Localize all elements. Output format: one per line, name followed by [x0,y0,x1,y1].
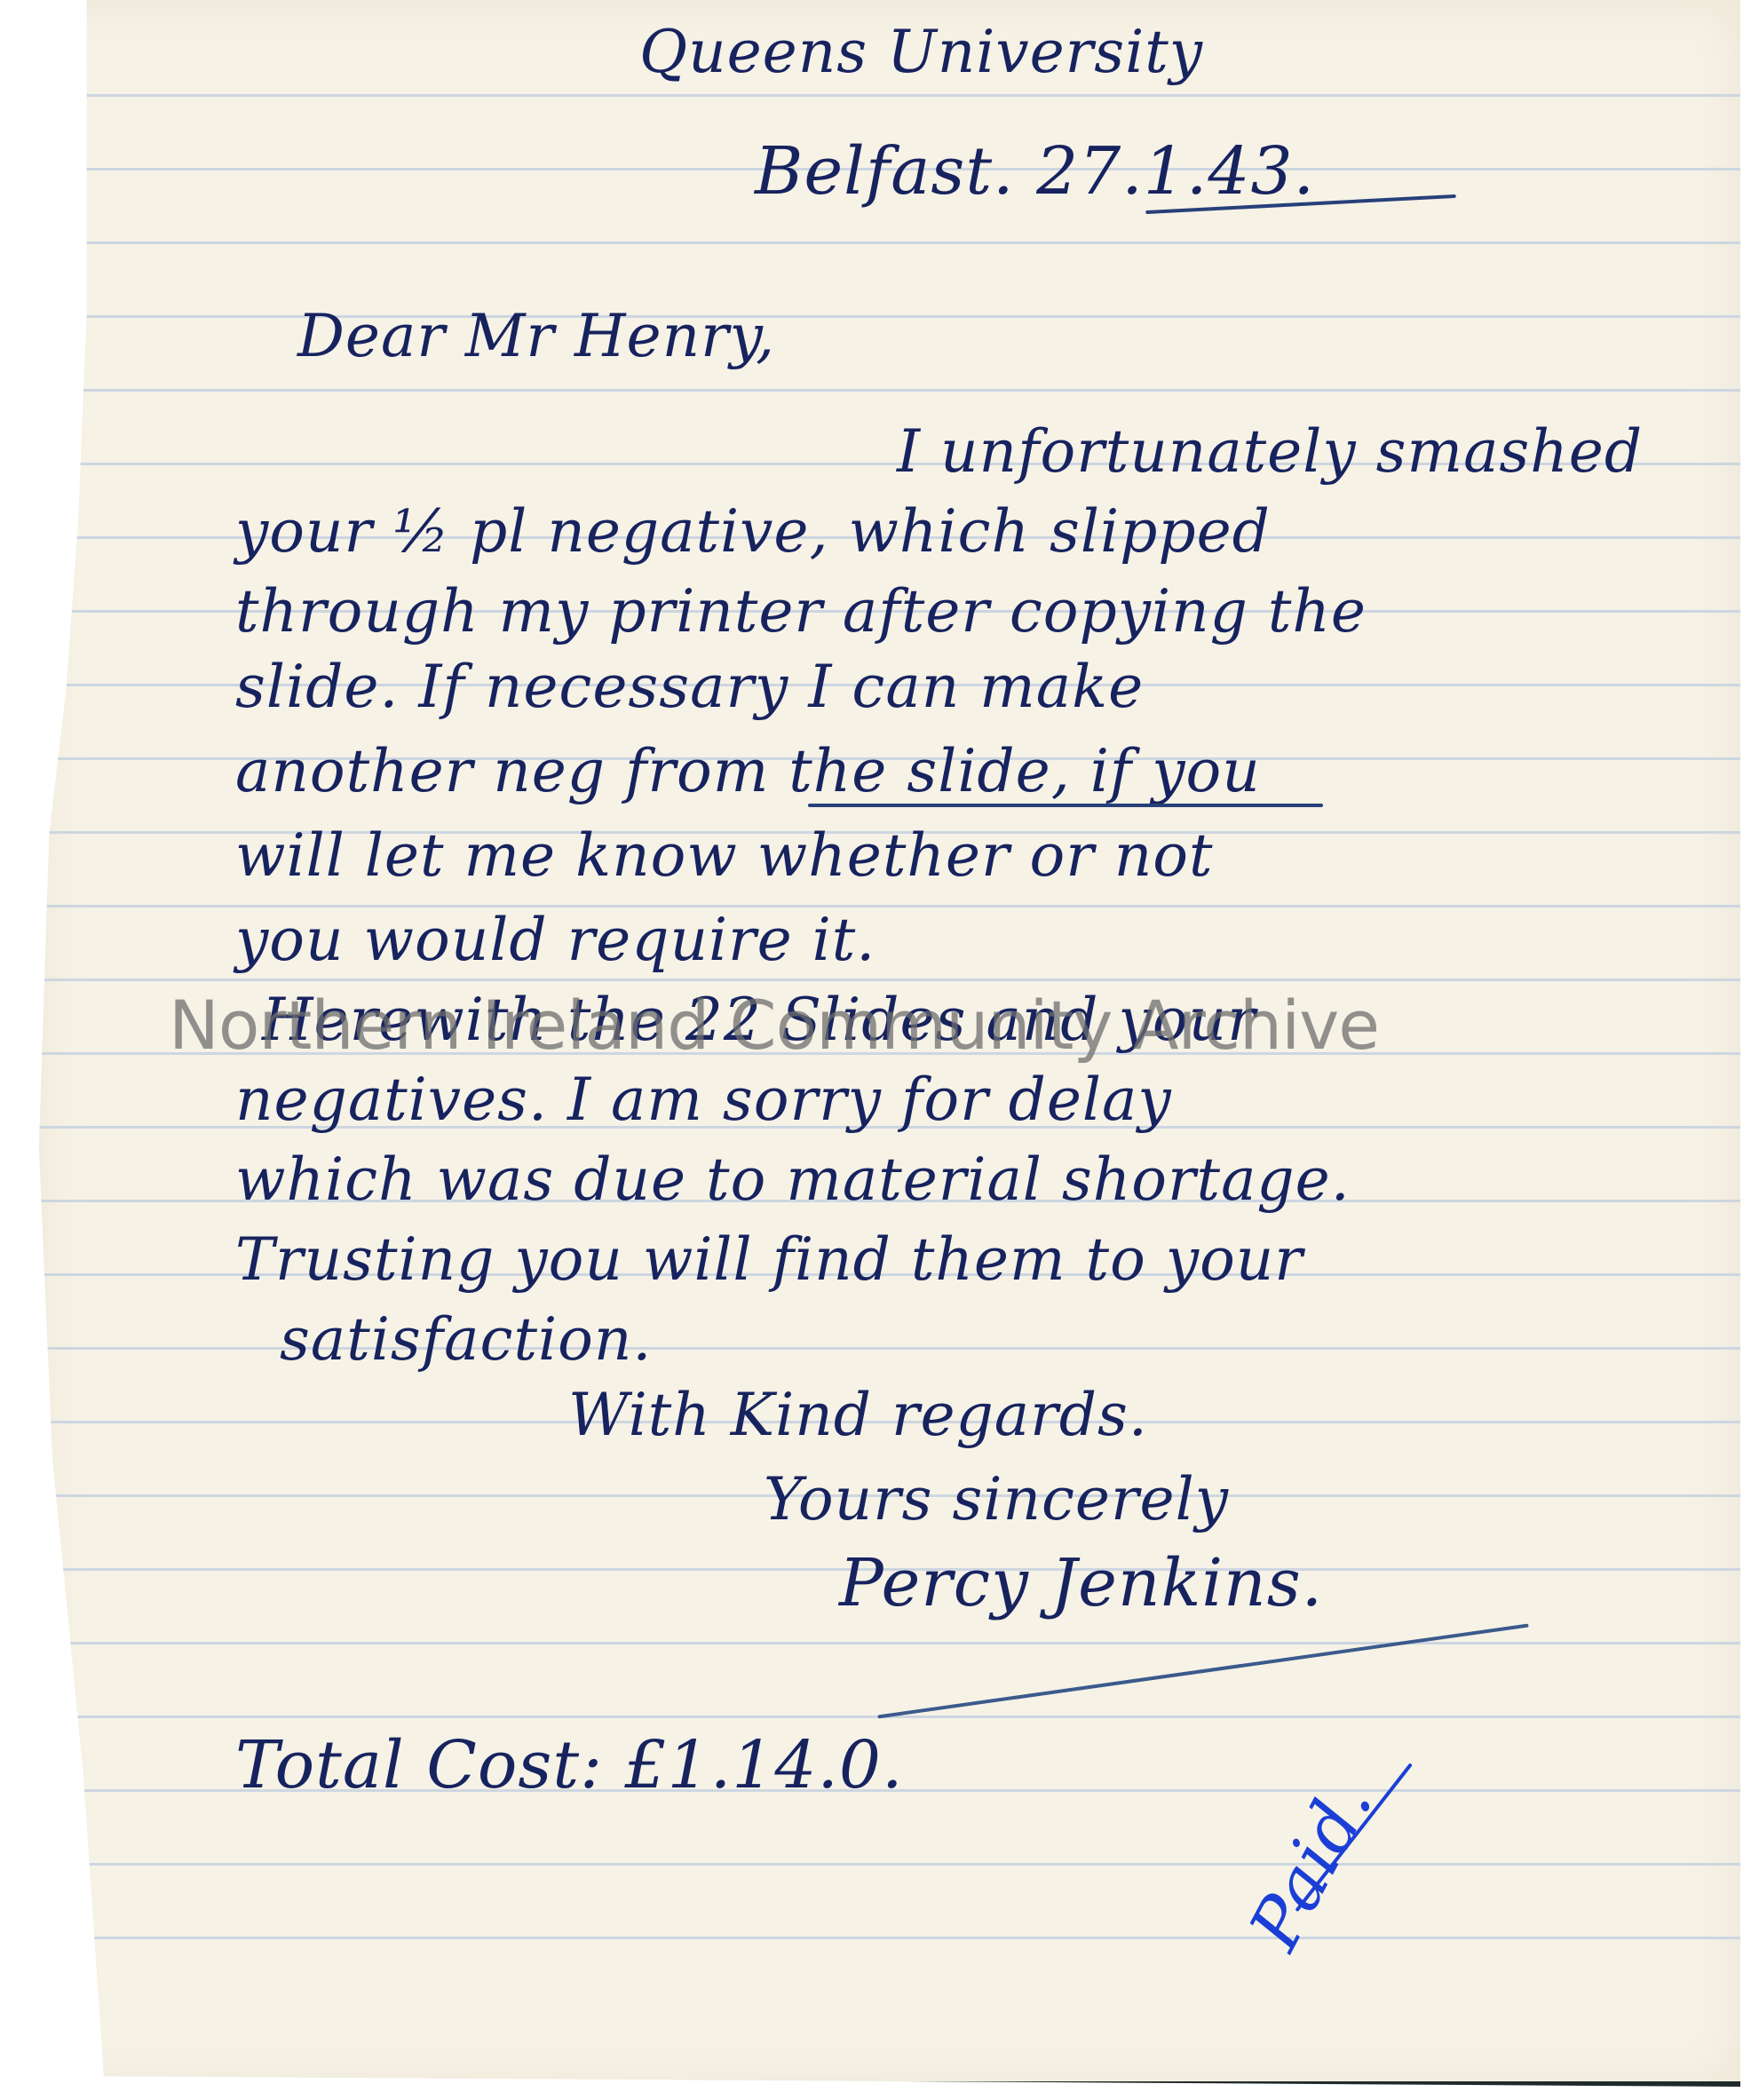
body-line-10: which was due to material shortage. [235,1145,1351,1214]
salutation: Dear Mr Henry, [297,302,775,370]
letter-place-date: Belfast. 27.1.43. [755,133,1315,210]
total-cost: Total Cost: £1.14.0. [235,1727,904,1803]
archive-watermark: Northern Ireland Community Archive [169,986,1379,1065]
body-line-9: negatives. I am sorry for delay [235,1066,1172,1134]
body-line-1: I unfortunately smashed [897,417,1643,486]
body-line-6: will let me know whether or not [235,821,1214,890]
ruled-line [36,94,1740,97]
ruled-line [36,1642,1740,1644]
body-line-4: slide. If necessary I can make [235,653,1144,721]
ruled-line [36,1863,1740,1866]
body-line-12: satisfaction. [280,1305,652,1374]
ruled-line [36,1937,1740,1939]
ruled-line [36,389,1740,392]
from-the-slide-underline [808,804,1323,807]
body-line-5: another neg from the slide, if you [235,737,1261,805]
letterhead-institution: Queens University [639,18,1203,86]
body-line-11: Trusting you will find them to your [235,1225,1303,1294]
body-line-7: you would require it. [235,906,875,974]
ruled-line [36,979,1740,981]
ruled-line [36,315,1740,318]
closing: With Kind regards. [568,1381,1148,1449]
body-line-3: through my printer after copying the [235,577,1367,646]
signature: Percy Jenkins. [839,1545,1323,1621]
sign-off: Yours sincerely [764,1465,1229,1533]
body-line-2: your ½ pl negative, which slipped [235,497,1271,566]
ruled-line [36,242,1740,244]
